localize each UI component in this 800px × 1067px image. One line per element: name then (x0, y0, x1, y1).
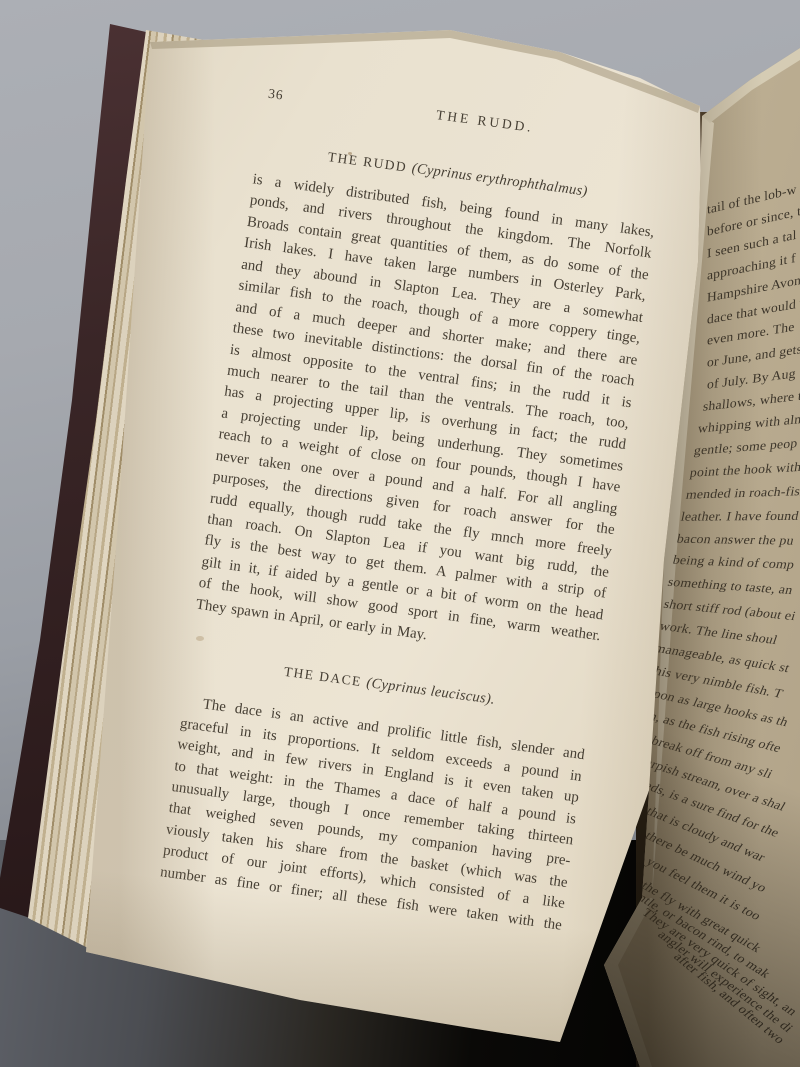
book-photo: 36 THE RUDD. THE RUDD (Cyprinus erythrop… (0, 0, 800, 1067)
foxing-speck (196, 636, 204, 641)
foxing-speck (348, 152, 352, 155)
